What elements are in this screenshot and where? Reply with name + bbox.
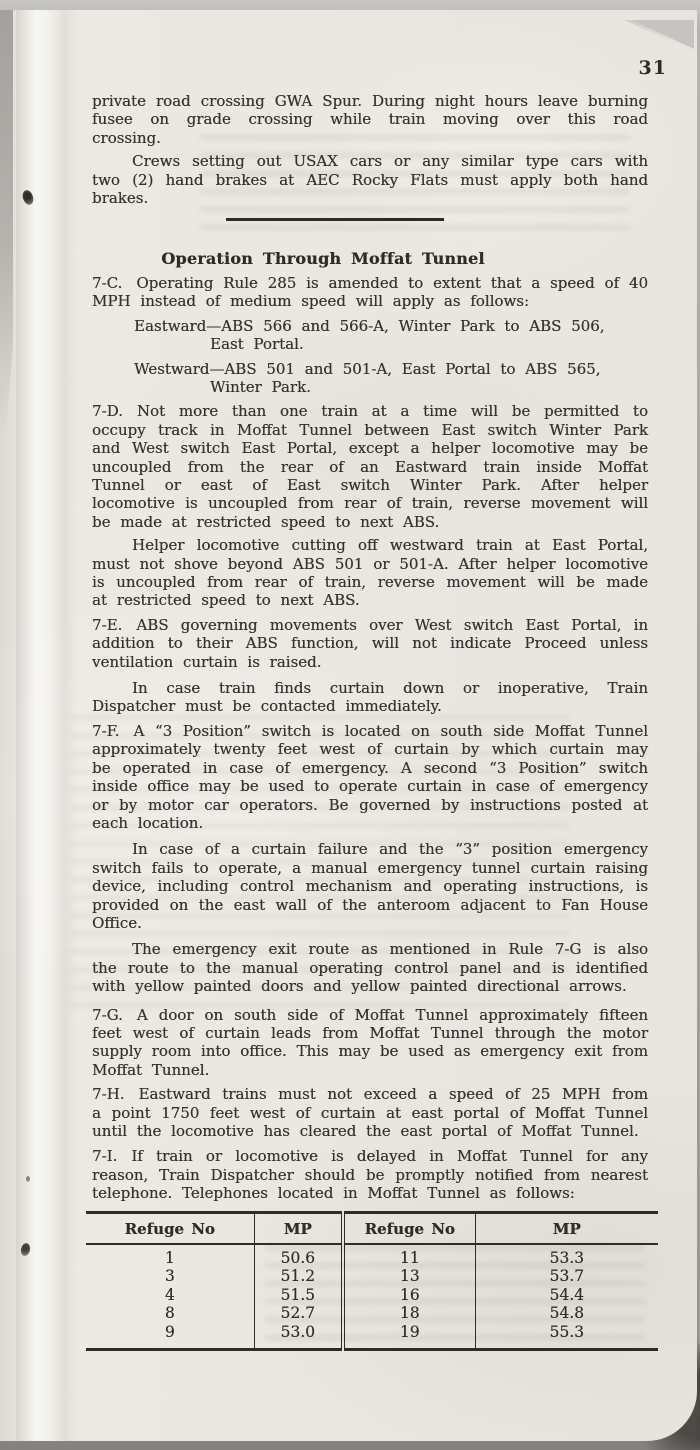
page-edge-shadow [0,10,13,440]
table-cell: 3 [86,1267,254,1285]
rule-text-7e: ABS governing movements over West switch… [92,616,648,671]
rule-text-7h: Eastward trains must not exceed a speed … [92,1085,648,1140]
speed-entry-main: Eastward—ABS 566 and 566-A, Winter Park … [92,317,648,335]
table-cell: 11 [343,1244,475,1267]
table-cell: 52.7 [254,1304,343,1322]
header-refuge-no-right: Refuge No [343,1212,475,1244]
table-row: 852.71854.8 [86,1304,658,1322]
table-cell: 1 [86,1244,254,1267]
page-content: private road crossing GWA Spur. During n… [92,92,648,1351]
paragraph-rule-7i: 7-I.If train or locomotive is delayed in… [92,1147,648,1202]
table-cell: 50.6 [254,1244,343,1267]
staple-mark [20,1242,32,1257]
telephone-table-body: 150.61153.3351.21353.7451.51654.4852.718… [86,1244,658,1350]
paragraph-exit-route: The emergency exit route as mentioned in… [92,940,648,995]
table-row: 953.01955.3 [86,1323,658,1350]
speed-entry-continuation: Winter Park. [92,378,648,396]
rule-label-7h: 7-H. [92,1085,138,1103]
header-mp-right: MP [475,1212,658,1244]
paragraph-rule-7d: 7-D.Not more than one train at a time wi… [92,402,648,531]
rule-label-7d: 7-D. [92,402,137,420]
header-refuge-no-left: Refuge No [86,1212,254,1244]
paragraph-continuation: private road crossing GWA Spur. During n… [92,92,648,147]
table-header-row: Refuge No MP Refuge No MP [86,1212,658,1244]
rule-text-7i: If train or locomotive is delayed in Mof… [92,1147,648,1202]
table-cell: 8 [86,1304,254,1322]
table-cell: 53.3 [475,1244,658,1267]
table-cell: 53.0 [254,1323,343,1350]
table-cell: 19 [343,1323,475,1350]
table-cell: 53.7 [475,1267,658,1285]
table-cell: 9 [86,1323,254,1350]
paragraph-rule-7e: 7-E.ABS governing movements over West sw… [92,616,648,671]
table-row: 451.51654.4 [86,1286,658,1304]
table-cell: 18 [343,1304,475,1322]
table-cell: 4 [86,1286,254,1304]
paragraph-rule-7h: 7-H.Eastward trains must not exceed a sp… [92,1085,648,1140]
paper-speck [26,1176,30,1182]
table-cell: 54.8 [475,1304,658,1322]
telephone-table: Refuge No MP Refuge No MP 150.61153.3351… [86,1211,658,1351]
paragraph-crews: Crews setting out USAX cars or any simil… [92,152,648,207]
header-mp-left: MP [254,1212,343,1244]
paragraph-rule-7f: 7-F.A “3 Position” switch is located on … [92,722,648,832]
table-cell: 13 [343,1267,475,1285]
paragraph-rule-7c: 7-C.Operating Rule 285 is amended to ext… [92,274,648,311]
speed-entry-westward: Westward—ABS 501 and 501-A, East Portal … [92,360,648,397]
rule-text-7g: A door on south side of Moffat Tunnel ap… [92,1006,648,1079]
table-cell: 16 [343,1286,475,1304]
section-heading: Operation Through Moffat Tunnel [92,249,554,269]
section-divider [226,218,444,221]
rule-text-7d: Not more than one train at a time will b… [92,402,648,530]
document-page: 31 private road crossing GWA Spur. Durin… [0,10,697,1441]
paragraph-curtain-down: In case train finds curtain down or inop… [92,679,648,716]
rule-label-7i: 7-I. [92,1147,131,1165]
speed-entry-continuation: East Portal. [92,335,648,353]
staple-mark [21,189,35,206]
rule-label-7g: 7-G. [92,1006,137,1024]
rule-label-7f: 7-F. [92,722,133,740]
page-number: 31 [639,57,667,79]
paragraph-manual-device: In case of a curtain failure and the “3”… [92,840,648,932]
rule-text-7c: Operating Rule 285 is amended to extent … [92,274,648,310]
speed-entry-main: Westward—ABS 501 and 501-A, East Portal … [92,360,648,378]
table-cell: 54.4 [475,1286,658,1304]
table-cell: 55.3 [475,1323,658,1350]
binding-crease [16,10,78,1441]
rule-label-7e: 7-E. [92,616,136,634]
table-row: 150.61153.3 [86,1244,658,1267]
table-cell: 51.5 [254,1286,343,1304]
paragraph-rule-7g: 7-G.A door on south side of Moffat Tunne… [92,1006,648,1080]
table-row: 351.21353.7 [86,1267,658,1285]
rule-text-7f: A “3 Position” switch is located on sout… [92,722,648,832]
table-cell: 51.2 [254,1267,343,1285]
paragraph-helper: Helper locomotive cutting off westward t… [92,536,648,610]
rule-label-7c: 7-C. [92,274,136,292]
speed-entry-eastward: Eastward—ABS 566 and 566-A, Winter Park … [92,317,648,354]
